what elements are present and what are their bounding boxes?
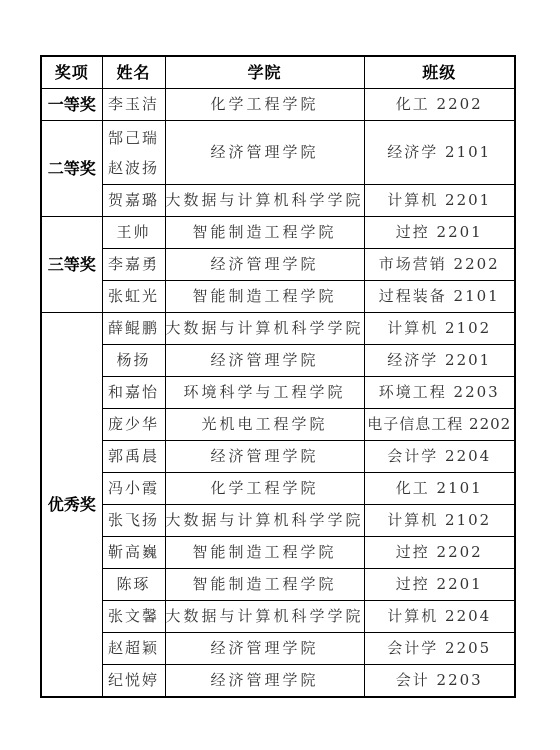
class: 化工 2202 — [364, 89, 515, 121]
header-name: 姓名 — [102, 56, 165, 89]
table-row: 二等奖 郜己瑞 赵波扬 经济管理学院 经济学 2101 — [41, 121, 515, 185]
student-name: 赵超颖 — [102, 633, 165, 665]
student-name: 张文馨 — [102, 601, 165, 633]
student-name: 庞少华 — [102, 409, 165, 441]
college: 经济管理学院 — [165, 665, 364, 698]
table-row: 优秀奖 薛鲲鹏 大数据与计算机科学学院 计算机 2102 — [41, 313, 515, 345]
class: 电子信息工程 2202 — [364, 409, 515, 441]
college: 环境科学与工程学院 — [165, 377, 364, 409]
table-row: 庞少华 光机电工程学院 电子信息工程 2202 — [41, 409, 515, 441]
award-level-second: 二等奖 — [41, 121, 102, 217]
class: 计算机 2201 — [364, 185, 515, 217]
header-class: 班级 — [364, 56, 515, 89]
college: 经济管理学院 — [165, 345, 364, 377]
table-row: 杨扬 经济管理学院 经济学 2201 — [41, 345, 515, 377]
college: 大数据与计算机科学学院 — [165, 185, 364, 217]
college: 经济管理学院 — [165, 121, 364, 185]
header-award: 奖项 — [41, 56, 102, 89]
class: 过控 2202 — [364, 537, 515, 569]
table-row: 郭禹晨 经济管理学院 会计学 2204 — [41, 441, 515, 473]
award-level-third: 三等奖 — [41, 217, 102, 313]
table-row: 张飞扬 大数据与计算机科学学院 计算机 2102 — [41, 505, 515, 537]
student-name: 杨扬 — [102, 345, 165, 377]
student-name: 张飞扬 — [102, 505, 165, 537]
class: 会计 2203 — [364, 665, 515, 698]
table-row: 陈琢 智能制造工程学院 过控 2201 — [41, 569, 515, 601]
student-name: 张虹光 — [102, 281, 165, 313]
college: 智能制造工程学院 — [165, 537, 364, 569]
table-row: 三等奖 王帅 智能制造工程学院 过控 2201 — [41, 217, 515, 249]
student-name: 冯小霞 — [102, 473, 165, 505]
award-level-excellence: 优秀奖 — [41, 313, 102, 698]
student-name: 靳高巍 — [102, 537, 165, 569]
table-row: 一等奖 李玉洁 化学工程学院 化工 2202 — [41, 89, 515, 121]
table-row: 贺嘉璐 大数据与计算机科学学院 计算机 2201 — [41, 185, 515, 217]
college: 光机电工程学院 — [165, 409, 364, 441]
header-row: 奖项 姓名 学院 班级 — [41, 56, 515, 89]
college: 智能制造工程学院 — [165, 569, 364, 601]
table-row: 纪悦婷 经济管理学院 会计 2203 — [41, 665, 515, 698]
student-name: 贺嘉璐 — [102, 185, 165, 217]
table-row: 张虹光 智能制造工程学院 过程装备 2101 — [41, 281, 515, 313]
class: 过控 2201 — [364, 569, 515, 601]
student-name: 王帅 — [102, 217, 165, 249]
student-name: 郭禹晨 — [102, 441, 165, 473]
class: 过程装备 2101 — [364, 281, 515, 313]
college: 经济管理学院 — [165, 249, 364, 281]
student-name: 李玉洁 — [102, 89, 165, 121]
college: 大数据与计算机科学学院 — [165, 601, 364, 633]
college: 智能制造工程学院 — [165, 281, 364, 313]
student-name: 薛鲲鹏 — [102, 313, 165, 345]
student-name: 陈琢 — [102, 569, 165, 601]
student-name: 纪悦婷 — [102, 665, 165, 698]
college: 智能制造工程学院 — [165, 217, 364, 249]
student-name: 李嘉勇 — [102, 249, 165, 281]
class: 会计学 2205 — [364, 633, 515, 665]
class: 市场营销 2202 — [364, 249, 515, 281]
header-college: 学院 — [165, 56, 364, 89]
class: 环境工程 2203 — [364, 377, 515, 409]
table-row: 赵超颖 经济管理学院 会计学 2205 — [41, 633, 515, 665]
student-names-merged: 郜己瑞 赵波扬 — [102, 121, 165, 185]
college: 大数据与计算机科学学院 — [165, 505, 364, 537]
class: 经济学 2201 — [364, 345, 515, 377]
student-name: 赵波扬 — [103, 153, 165, 183]
table-row: 靳高巍 智能制造工程学院 过控 2202 — [41, 537, 515, 569]
class: 计算机 2102 — [364, 313, 515, 345]
table-row: 李嘉勇 经济管理学院 市场营销 2202 — [41, 249, 515, 281]
table-row: 和嘉怡 环境科学与工程学院 环境工程 2203 — [41, 377, 515, 409]
class: 过控 2201 — [364, 217, 515, 249]
college: 经济管理学院 — [165, 633, 364, 665]
college: 化学工程学院 — [165, 473, 364, 505]
college: 化学工程学院 — [165, 89, 364, 121]
table-row: 冯小霞 化学工程学院 化工 2101 — [41, 473, 515, 505]
college: 大数据与计算机科学学院 — [165, 313, 364, 345]
student-name: 郜己瑞 — [103, 123, 165, 153]
award-winners-table: 奖项 姓名 学院 班级 一等奖 李玉洁 化学工程学院 化工 2202 二等奖 郜… — [40, 55, 516, 698]
table-row: 张文馨 大数据与计算机科学学院 计算机 2204 — [41, 601, 515, 633]
class: 计算机 2204 — [364, 601, 515, 633]
award-level-first: 一等奖 — [41, 89, 102, 121]
student-name: 和嘉怡 — [102, 377, 165, 409]
class: 经济学 2101 — [364, 121, 515, 185]
college: 经济管理学院 — [165, 441, 364, 473]
class: 计算机 2102 — [364, 505, 515, 537]
class: 化工 2101 — [364, 473, 515, 505]
class: 会计学 2204 — [364, 441, 515, 473]
